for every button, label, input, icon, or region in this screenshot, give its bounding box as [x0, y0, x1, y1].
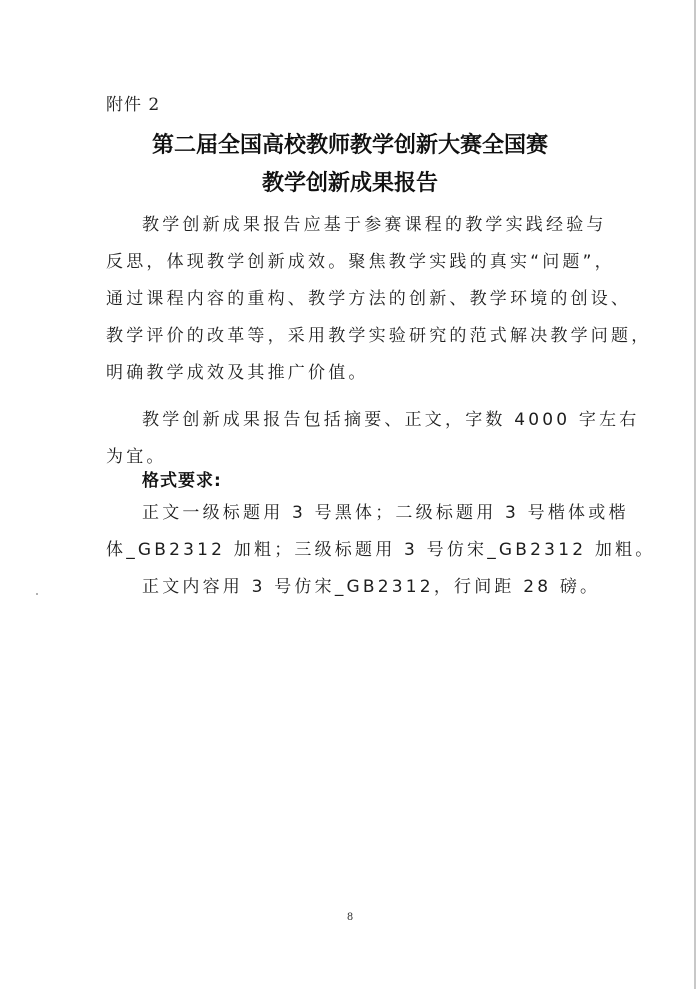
paragraph-line: 正文一级标题用 3 号黑体；二级标题用 3 号楷体或楷	[106, 495, 606, 532]
scan-speck	[36, 593, 38, 595]
paragraph-line: 通过课程内容的重构、教学方法的创新、教学环境的创设、	[106, 281, 606, 318]
paragraph-line: 体_GB2312 加粗；三级标题用 3 号仿宋_GB2312 加粗。	[106, 532, 606, 569]
paragraph-line: 教学创新成果报告包括摘要、正文，字数 4000 字左右	[106, 402, 606, 439]
page-number: 8	[0, 912, 700, 923]
paragraph-line: 教学创新成果报告应基于参赛课程的教学实践经验与	[106, 207, 606, 244]
format-heading: 格式要求:	[142, 466, 222, 491]
format-paragraph: 正文一级标题用 3 号黑体；二级标题用 3 号楷体或楷 体_GB2312 加粗；…	[106, 495, 606, 606]
length-paragraph: 教学创新成果报告包括摘要、正文，字数 4000 字左右 为宜。	[106, 402, 606, 476]
intro-paragraph: 教学创新成果报告应基于参赛课程的教学实践经验与 反思，体现教学创新成效。聚焦教学…	[106, 207, 606, 392]
attachment-label: 附件 2	[106, 90, 160, 115]
paragraph-line: 反思，体现教学创新成效。聚焦教学实践的真实“问题”，	[106, 244, 606, 281]
document-title-line1: 第二届全国高校教师教学创新大赛全国赛	[0, 128, 700, 159]
document-page: 附件 2 第二届全国高校教师教学创新大赛全国赛 教学创新成果报告 教学创新成果报…	[0, 0, 700, 989]
paragraph-line: 正文内容用 3 号仿宋_GB2312，行间距 28 磅。	[106, 569, 606, 606]
document-title-line2: 教学创新成果报告	[0, 166, 700, 197]
paragraph-line: 教学评价的改革等，采用教学实验研究的范式解决教学问题，	[106, 318, 606, 355]
paragraph-line: 明确教学成效及其推广价值。	[106, 355, 606, 392]
